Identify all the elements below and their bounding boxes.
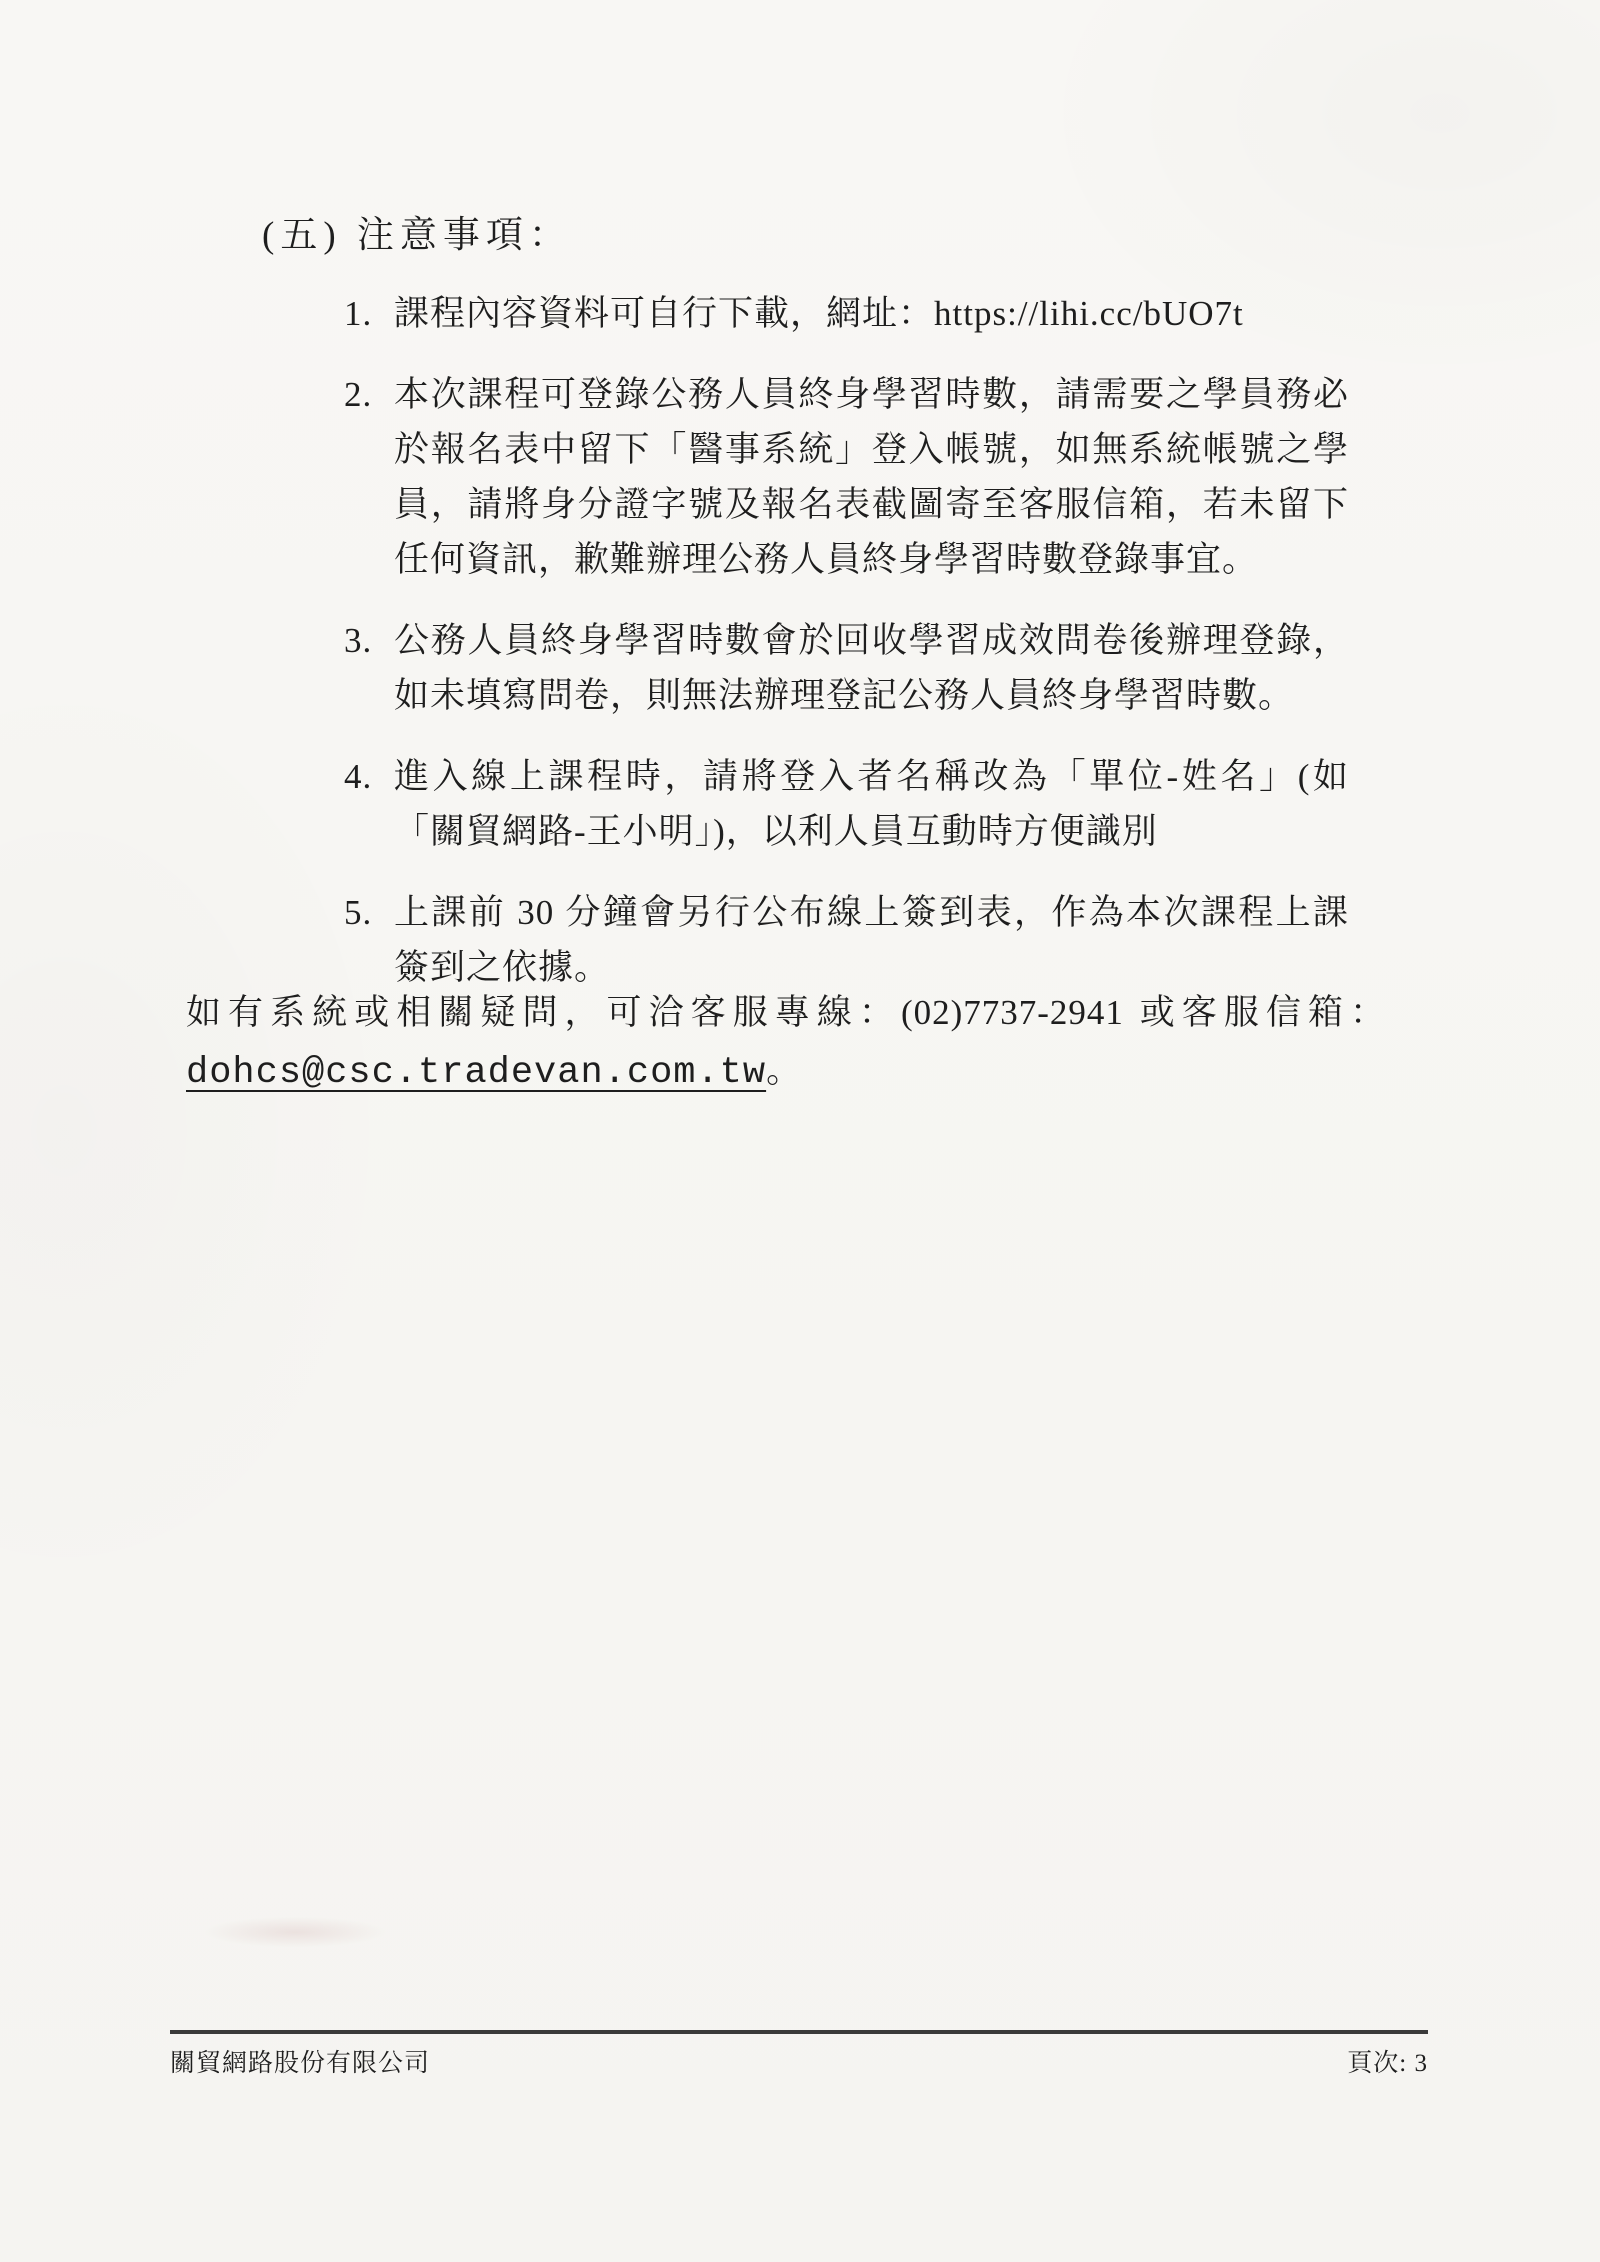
list-item: 2. 本次課程可登錄公務人員終身學習時數，請需要之學員務必於報名表中留下「醫事系… — [344, 367, 1349, 587]
item-number: 2. — [344, 367, 394, 587]
page-footer: 關貿網路股份有限公司 頁次: 3 — [170, 2030, 1428, 2079]
list-item: 3. 公務人員終身學習時數會於回收學習成效問卷後辦理登錄，如未填寫問卷，則無法辦… — [344, 613, 1349, 723]
notes-list: 1. 課程內容資料可自行下載，網址：https://lihi.cc/bUO7t … — [344, 286, 1349, 1021]
contact-text: 如有系統或相關疑問，可洽客服專線：(02)7737-2941 或客服信箱： — [186, 993, 1386, 1032]
document-page: (五) 注意事項： 1. 課程內容資料可自行下載，網址：https://lihi… — [0, 0, 1600, 2262]
item-text: 公務人員終身學習時數會於回收學習成效問卷後辦理登錄，如未填寫問卷，則無法辦理登記… — [394, 613, 1349, 723]
item-number: 4. — [344, 749, 394, 859]
item-text: 本次課程可登錄公務人員終身學習時數，請需要之學員務必於報名表中留下「醫事系統」登… — [394, 367, 1349, 587]
item-text: 進入線上課程時，請將登入者名稱改為「單位-姓名」(如「關貿網路-王小明」)，以利… — [394, 749, 1349, 859]
list-item: 5. 上課前 30 分鐘會另行公布線上簽到表，作為本次課程上課簽到之依據。 — [344, 885, 1349, 995]
item-text: 上課前 30 分鐘會另行公布線上簽到表，作為本次課程上課簽到之依據。 — [394, 885, 1349, 995]
item-number: 5. — [344, 885, 394, 995]
list-item: 1. 課程內容資料可自行下載，網址：https://lihi.cc/bUO7t — [344, 286, 1349, 341]
item-text: 課程內容資料可自行下載，網址：https://lihi.cc/bUO7t — [394, 286, 1349, 341]
contact-paragraph: 如有系統或相關疑問，可洽客服專線：(02)7737-2941 或客服信箱：doh… — [186, 984, 1386, 1102]
item-number: 3. — [344, 613, 394, 723]
list-item: 4. 進入線上課程時，請將登入者名稱改為「單位-姓名」(如「關貿網路-王小明」)… — [344, 749, 1349, 859]
footer-page-number: 頁次: 3 — [1347, 2043, 1428, 2079]
footer-company: 關貿網路股份有限公司 — [170, 2043, 430, 2079]
contact-email: dohcs@csc.tradevan.com.tw — [186, 1052, 766, 1094]
item-number: 1. — [344, 286, 394, 341]
contact-period: 。 — [766, 1051, 802, 1090]
section-heading: (五) 注意事項： — [262, 204, 572, 258]
